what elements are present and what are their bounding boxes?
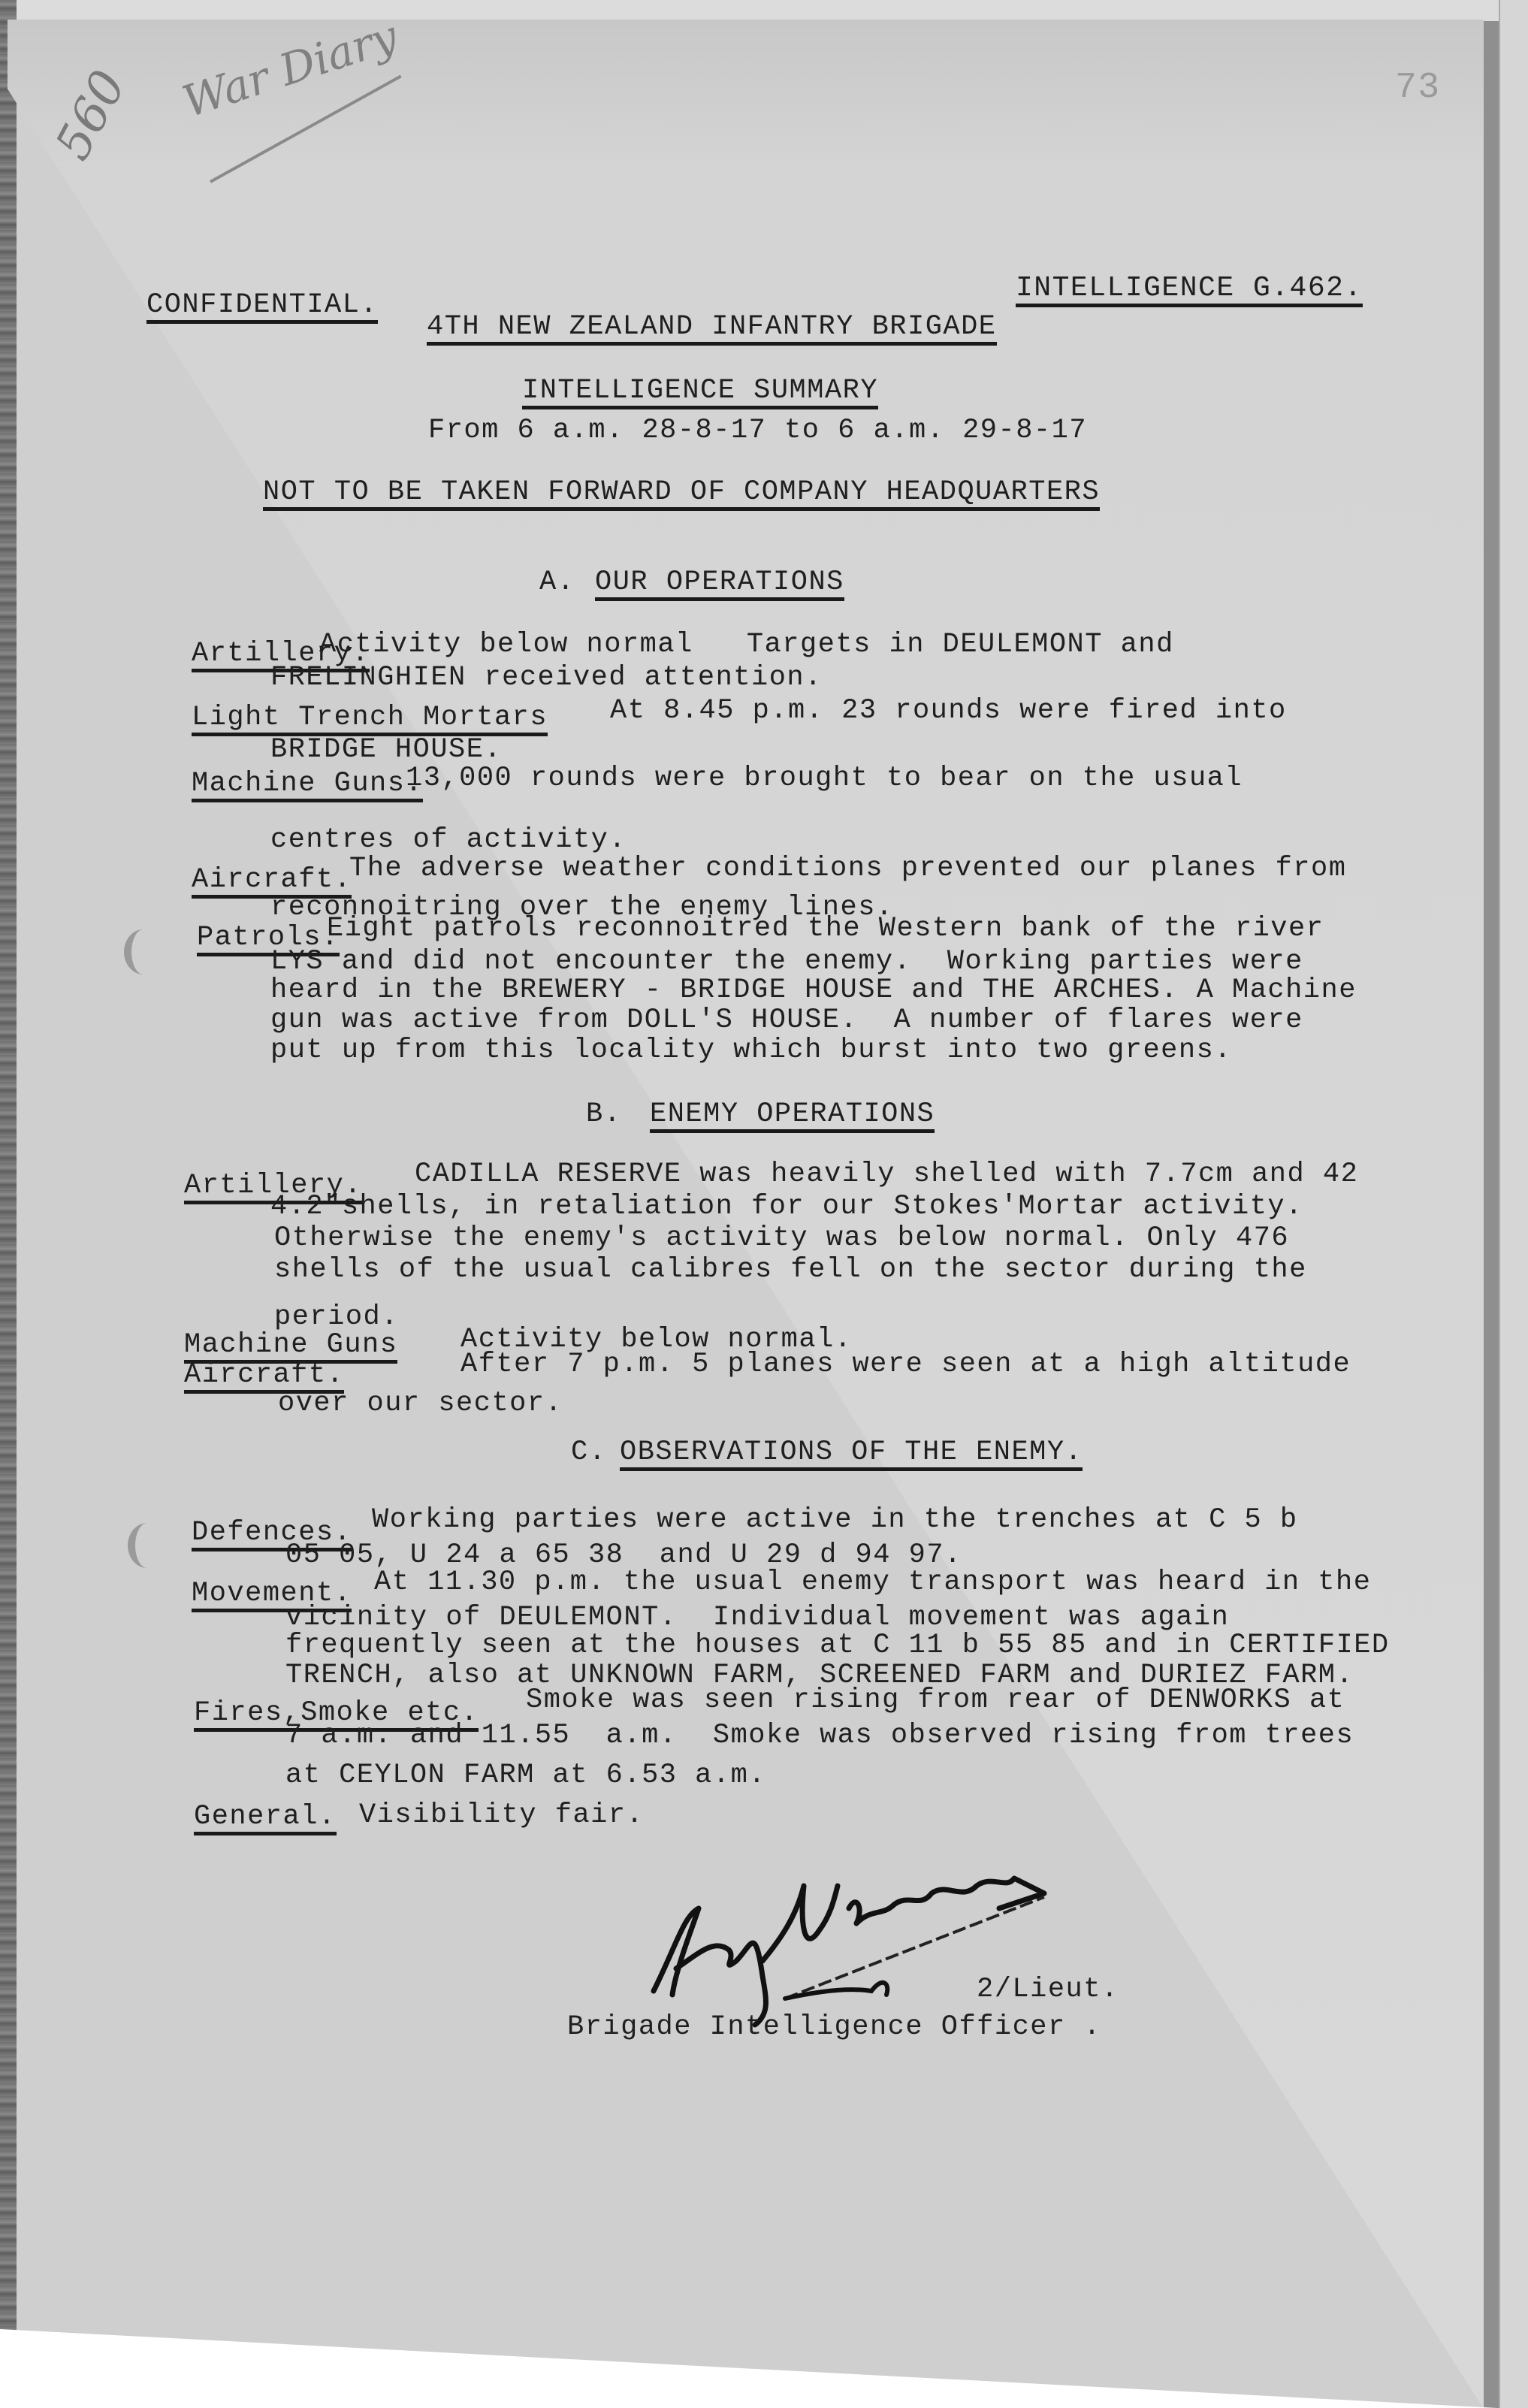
punch-hole-lower	[128, 1523, 167, 1568]
entry-label-general: General.	[194, 1803, 337, 1835]
entry-text: At 11.30 p.m. the usual enemy transport …	[374, 1569, 1371, 1597]
right-background	[1499, 0, 1528, 2408]
entry-text: 7 a.m. and 11.55 a.m. Smoke was observed…	[285, 1722, 1354, 1750]
entry-text: After 7 p.m. 5 planes were seen at a hig…	[461, 1351, 1351, 1379]
entry-text: The adverse weather conditions prevented…	[349, 855, 1346, 883]
entry-text: Eight patrols reconnoitred the Western b…	[327, 915, 1324, 943]
entry-text: put up from this locality which burst in…	[270, 1037, 1232, 1065]
section-a-letter: A.	[539, 569, 575, 597]
reference-number: INTELLIGENCE G.462.	[1016, 274, 1363, 307]
section-b-heading: ENEMY OPERATIONS	[650, 1101, 935, 1133]
entry-text: Smoke was seen rising from rear of DENWO…	[526, 1687, 1345, 1715]
entry-text: vicinity of DEULEMONT. Individual moveme…	[285, 1604, 1229, 1632]
entry-text: Activity below normal Targets in DEULEMO…	[319, 631, 1174, 659]
unit-name: 4TH NEW ZEALAND INFANTRY BRIGADE	[427, 313, 997, 346]
entry-text: Otherwise the enemy's activity was below…	[274, 1225, 1289, 1252]
entry-text: FRELINGHIEN received attention.	[270, 664, 823, 692]
handling-warning: NOT TO BE TAKEN FORWARD OF COMPANY HEADQ…	[263, 479, 1100, 511]
page-edge-shadow	[1484, 21, 1499, 2408]
entry-text: BRIDGE HOUSE.	[270, 736, 502, 764]
entry-text: heard in the BREWERY - BRIDGE HOUSE and …	[270, 977, 1357, 1005]
document-title: INTELLIGENCE SUMMARY	[522, 377, 878, 409]
entry-text: period.	[274, 1304, 399, 1331]
section-b-letter: B.	[586, 1101, 621, 1128]
entry-text: At 8.45 p.m. 23 rounds were fired into	[610, 697, 1287, 725]
entry-text: over our sector.	[278, 1390, 563, 1418]
entry-text: gun was active from DOLL'S HOUSE. A numb…	[270, 1007, 1303, 1035]
binding-edge	[0, 0, 17, 2337]
entry-text: shells of the usual calibres fell on the…	[274, 1256, 1307, 1284]
entry-label-machine-guns: Machine Guns.	[192, 770, 423, 802]
entry-text: 4.2"shells, in retaliation for our Stoke…	[270, 1193, 1303, 1221]
section-c-heading: OBSERVATIONS OF THE ENEMY.	[620, 1439, 1083, 1471]
entry-text: centres of activity.	[270, 826, 627, 854]
entry-text: CADILLA RESERVE was heavily shelled with…	[415, 1161, 1358, 1189]
entry-text: at CEYLON FARM at 6.53 a.m.	[285, 1762, 766, 1790]
signatory-role: Brigade Intelligence Officer .	[567, 2014, 1101, 2041]
entry-text: Visibility fair.	[359, 1802, 644, 1829]
classification-label: CONFIDENTIAL.	[146, 292, 378, 324]
entry-text: 05 05, U 24 a 65 38 and U 29 d 94 97.	[285, 1542, 962, 1570]
report-period: From 6 a.m. 28-8-17 to 6 a.m. 29-8-17	[428, 417, 1087, 445]
signatory-rank: 2/Lieut.	[977, 1976, 1119, 2004]
section-c-letter: C.	[571, 1439, 606, 1467]
page-number: 73	[1395, 70, 1441, 106]
punch-hole-upper	[124, 929, 163, 974]
section-a-heading: OUR OPERATIONS	[595, 569, 844, 601]
entry-text: frequently seen at the houses at C 11 b …	[285, 1632, 1390, 1660]
entry-text: Working parties were active in the trenc…	[372, 1506, 1298, 1534]
entry-label-light-trench-mortars: Light Trench Mortars	[192, 704, 548, 736]
entry-text: 13,000 rounds were brought to bear on th…	[406, 765, 1243, 793]
entry-text: LYS and did not encounter the enemy. Wor…	[270, 948, 1303, 976]
